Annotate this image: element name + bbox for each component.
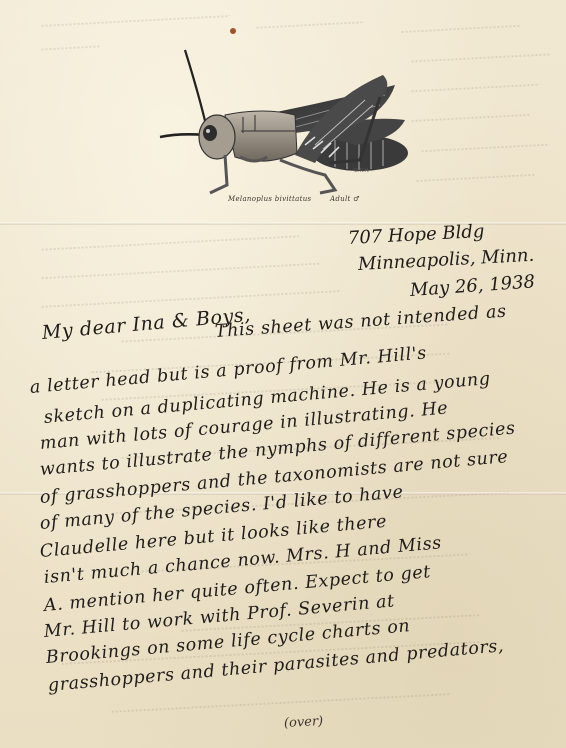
- continuation-note: (over): [284, 714, 324, 731]
- grasshopper-illustration: [155, 45, 415, 195]
- stain-mark: [230, 28, 236, 34]
- stage-caption: Adult ♂: [330, 195, 360, 203]
- letter-line: This sheet was not intended as: [214, 302, 507, 342]
- grasshopper-icon: [155, 45, 415, 195]
- artist-mark: G.R.H.: [354, 168, 370, 174]
- letter-date: May 26, 1938: [409, 271, 535, 301]
- species-caption: Melanoplus bivittatus: [228, 195, 311, 203]
- letter-page: G.R.H. Melanoplus bivittatus Adult ♂ 707…: [0, 0, 566, 748]
- address-line-1: 707 Hope Bldg: [347, 221, 484, 249]
- address-line-2: Minneapolis, Minn.: [357, 245, 534, 275]
